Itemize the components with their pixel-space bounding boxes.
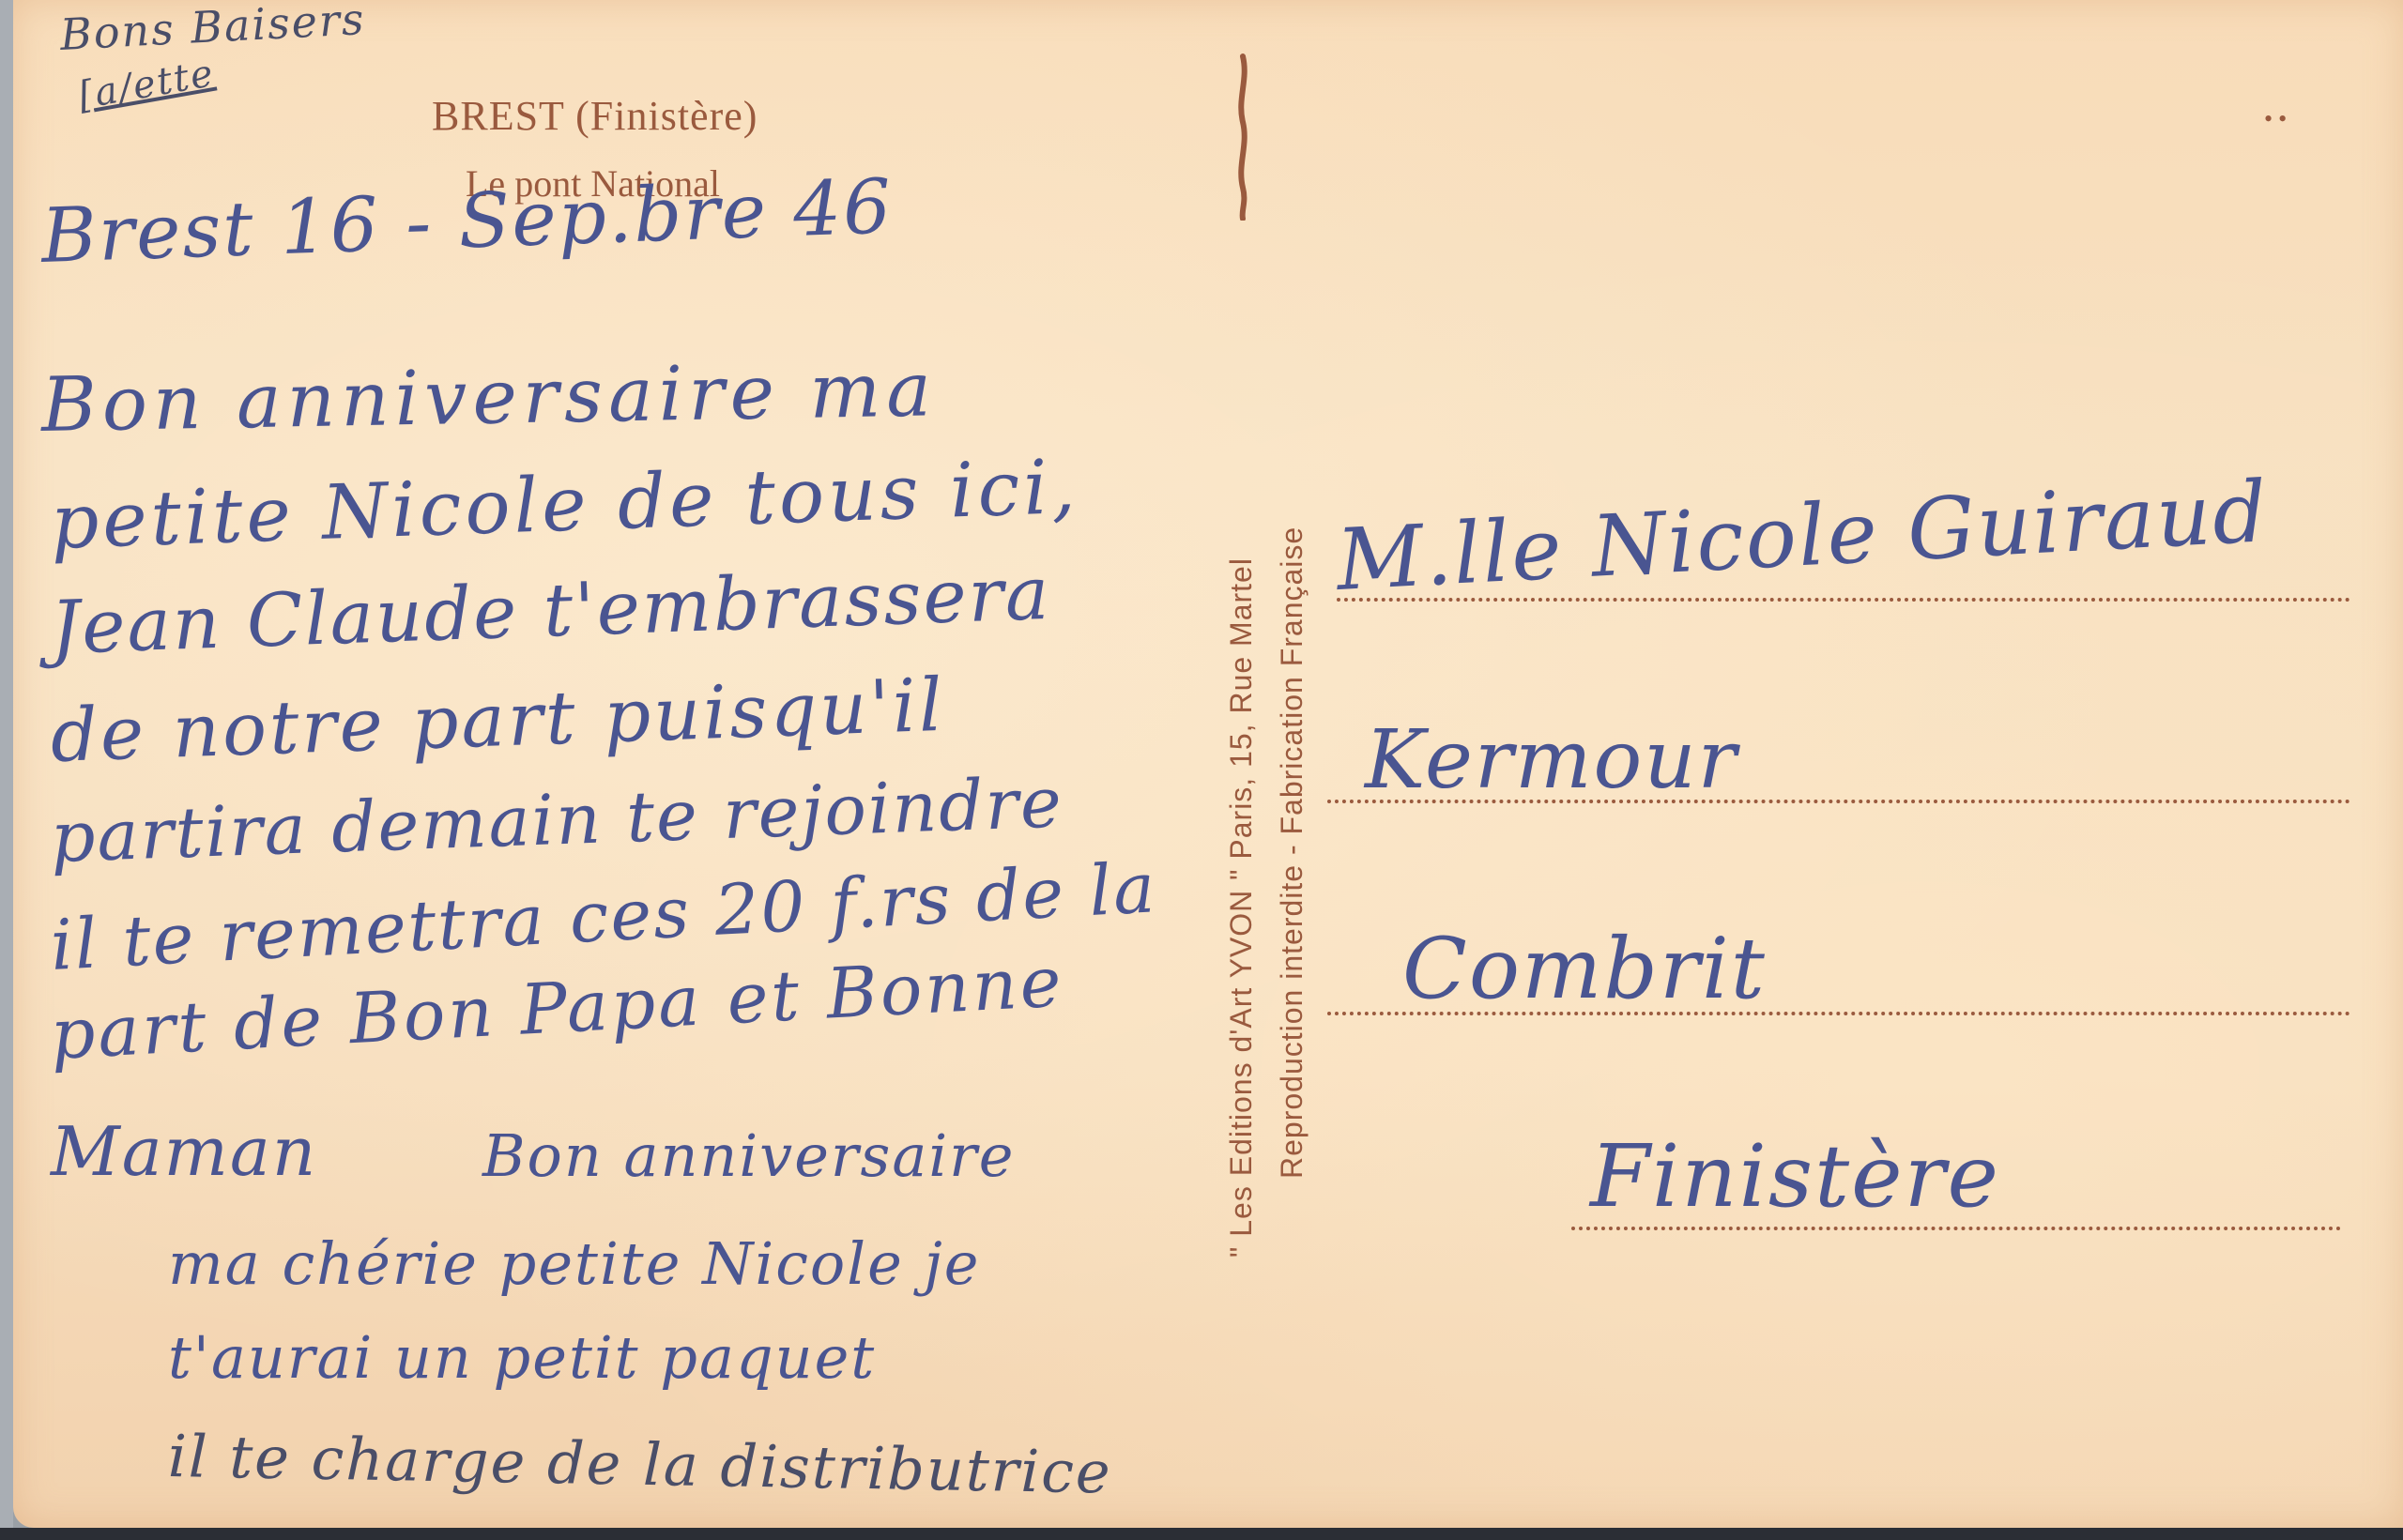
message-line: Bon anniversaire ma <box>40 345 937 449</box>
scanner-edge-bottom <box>0 1528 2403 1540</box>
postscript-line: il te charge de la distributrice <box>167 1422 1112 1507</box>
annotation-signature: [a/ette <box>75 52 218 118</box>
postscript-line: t'aurai un petit paquet <box>168 1323 876 1392</box>
scanner-edge-left <box>0 0 13 1540</box>
message-line: de notre part puisqu'il <box>49 663 946 779</box>
postscript-line: Bon anniversaire <box>482 1121 1015 1190</box>
corner-mark: •• <box>2264 105 2292 133</box>
annotation-bons-baisers: Bons Baisers <box>59 0 367 60</box>
address-name: M.lle Nicole Guiraud <box>1334 463 2271 610</box>
printed-title: BREST (Finistère) <box>432 92 758 140</box>
message-line: Jean Claude t'embrassera <box>49 552 1051 671</box>
address-line-3 <box>1327 1012 2350 1015</box>
address-line-1 <box>1337 598 2350 602</box>
divider-wave-icon <box>1224 52 1262 221</box>
message-line: petite Nicole de tous ici, <box>49 443 1079 566</box>
postcard-back: Bons Baisers [a/ette BREST (Finistère) L… <box>13 0 2403 1528</box>
address-line2: Kermour <box>1365 713 1738 807</box>
postscript-line: ma chérie petite Nicole je <box>168 1229 980 1298</box>
publisher-line: " Les Editions d'Art YVON " Paris, 15, R… <box>1224 557 1259 1258</box>
address-line-4 <box>1571 1227 2341 1230</box>
message-line: Maman <box>51 1112 317 1191</box>
message-date: Brest 16 - Sep.bre 46 <box>39 162 894 280</box>
address-line3: Combrit <box>1402 920 1767 1018</box>
rights-line: Reproduction interdite - Fabrication Fra… <box>1275 526 1309 1179</box>
address-line4: Finistère <box>1590 1126 2000 1227</box>
address-line-2 <box>1327 800 2350 803</box>
